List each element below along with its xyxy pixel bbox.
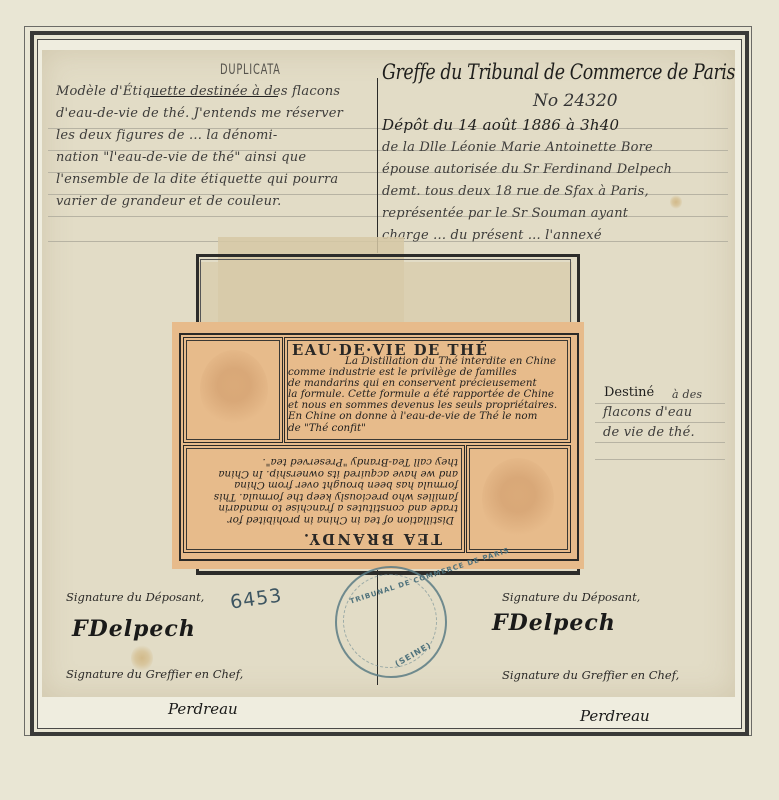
- duplicate-stamp: DUPLICATA: [220, 62, 281, 78]
- depositor-signature-right: FDelpech: [492, 610, 616, 636]
- description-line: nation "l'eau-de-vie de thé" ainsi que: [56, 150, 306, 165]
- label-english-upside-down: Distillation of tea in China in prohibit…: [188, 447, 464, 549]
- registry-heading: Greffe du Tribunal de Commerce de Paris: [382, 60, 735, 84]
- ruled-line: [595, 403, 725, 404]
- ruled-line: [595, 422, 725, 423]
- label-line: trade and constitutes a franchise to man…: [214, 502, 458, 514]
- label-line: En Chine on donne à l'eau-de-vie de Thé …: [288, 411, 566, 422]
- label-title-english: TEA BRANDY.: [301, 530, 442, 547]
- portrait-image: [482, 458, 554, 540]
- column-divider: [377, 78, 378, 253]
- depositor-signature-label-right: Signature du Déposant,: [502, 590, 640, 604]
- depositor-signature-left: FDelpech: [72, 616, 196, 642]
- label-line: Distillation of tea in China in prohibit…: [214, 513, 458, 525]
- description-line: l'ensemble de la dite étiquette qui pour…: [56, 172, 338, 187]
- registrar-signature-left: Perdreau: [168, 700, 238, 718]
- label-line: formula has been brought over from China: [214, 479, 458, 491]
- label-line: de "Thé confit": [288, 423, 566, 434]
- description-line: d'eau-de-vie de thé. J'entends me réserv…: [56, 106, 343, 121]
- ruled-line: [595, 459, 725, 460]
- stain: [670, 195, 682, 209]
- destination-line: flacons d'eau: [603, 405, 692, 420]
- destination-line: à des: [672, 388, 702, 401]
- description-line: Modèle d'Étiquette destinée à des flacon…: [56, 84, 340, 99]
- deposit-line: charge ... du présent ... l'annexé: [382, 228, 602, 243]
- label-line: they call Tea-Brandy "Preserved tea".: [214, 455, 458, 467]
- deposit-line: épouse autorisée du Sr Ferdinand Delpech: [382, 162, 672, 177]
- deposit-line: représentée par le Sr Souman ayant: [382, 206, 628, 221]
- destination-label: Destiné: [604, 385, 654, 400]
- deposit-line: Dépôt du 14 août 1886 à 3h40: [382, 116, 619, 134]
- registrar-signature-right: Perdreau: [580, 707, 650, 725]
- description-line: varier de grandeur et de couleur.: [56, 194, 281, 209]
- label-line: families who preciously keep the formula…: [214, 490, 458, 502]
- portrait-image: [200, 350, 268, 428]
- deposit-line: demt. tous deux 18 rue de Sfax à Paris,: [382, 184, 649, 199]
- registrar-signature-label-right: Signature du Greffier en Chef,: [502, 668, 679, 682]
- label-text-english: Distillation of tea in China in prohibit…: [214, 455, 458, 525]
- depositor-signature-label-left: Signature du Déposant,: [66, 590, 204, 604]
- deposit-line: de la Dlle Léonie Marie Antoinette Bore: [382, 140, 653, 155]
- registration-number: No 24320: [533, 91, 618, 111]
- registrar-signature-label-left: Signature du Greffier en Chef,: [66, 667, 243, 681]
- label-line: and we have acquired its ownership. In C…: [214, 467, 458, 479]
- destination-line: de vie de thé.: [603, 425, 695, 440]
- ruled-line: [595, 442, 725, 443]
- label-text-french: La Distillation du Thé interdite en Chin…: [288, 356, 566, 434]
- description-line: les deux figures de ... la dénomi-: [56, 128, 278, 143]
